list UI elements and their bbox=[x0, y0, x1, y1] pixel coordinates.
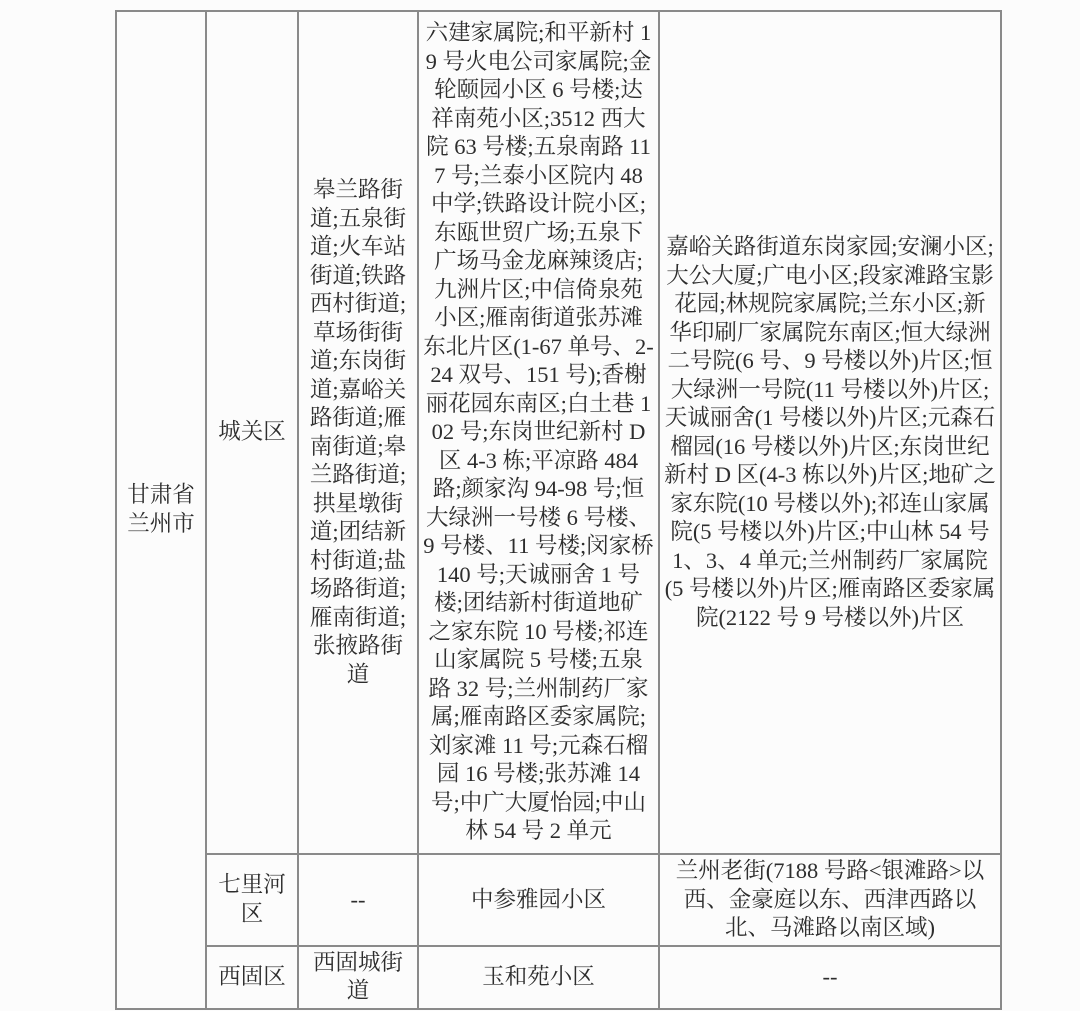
table-row-xigu: 西固区 西固城街道 玉和苑小区 -- bbox=[116, 946, 1001, 1009]
areas-list-cell: -- bbox=[659, 946, 1001, 1009]
streets-cell: 西固城街道 bbox=[298, 946, 418, 1009]
table-row-changguan: 甘肃省兰州市 城关区 皋兰路街道;五泉街道;火车站街道;铁路西村街道;草场街街道… bbox=[116, 11, 1001, 854]
areas-list-cell: 六建家属院;和平新村 19 号火电公司家属院;金轮颐园小区 6 号楼;达祥南苑小… bbox=[418, 11, 659, 854]
document-page: 甘肃省兰州市 城关区 皋兰路街道;五泉街道;火车站街道;铁路西村街道;草场街街道… bbox=[0, 0, 1080, 1011]
areas-list-cell: 玉和苑小区 bbox=[418, 946, 659, 1009]
areas-list-cell: 中参雅园小区 bbox=[418, 854, 659, 946]
areas-list-cell: 兰州老街(7188 号路<银滩路>以西、金豪庭以东、西津西路以北、马滩路以南区域… bbox=[659, 854, 1001, 946]
streets-cell: -- bbox=[298, 854, 418, 946]
streets-cell: 皋兰路街道;五泉街道;火车站街道;铁路西村街道;草场街街道;东岗街道;嘉峪关路街… bbox=[298, 11, 418, 854]
risk-area-table: 甘肃省兰州市 城关区 皋兰路街道;五泉街道;火车站街道;铁路西村街道;草场街街道… bbox=[115, 10, 1002, 1010]
district-cell: 七里河区 bbox=[206, 854, 298, 946]
province-cell: 甘肃省兰州市 bbox=[116, 11, 206, 1009]
table-row-qilihe: 七里河区 -- 中参雅园小区 兰州老街(7188 号路<银滩路>以西、金豪庭以东… bbox=[116, 854, 1001, 946]
areas-list-cell: 嘉峪关路街道东岗家园;安澜小区;大公大厦;广电小区;段家滩路宝影花园;林规院家属… bbox=[659, 11, 1001, 854]
district-cell: 西固区 bbox=[206, 946, 298, 1009]
district-cell: 城关区 bbox=[206, 11, 298, 854]
